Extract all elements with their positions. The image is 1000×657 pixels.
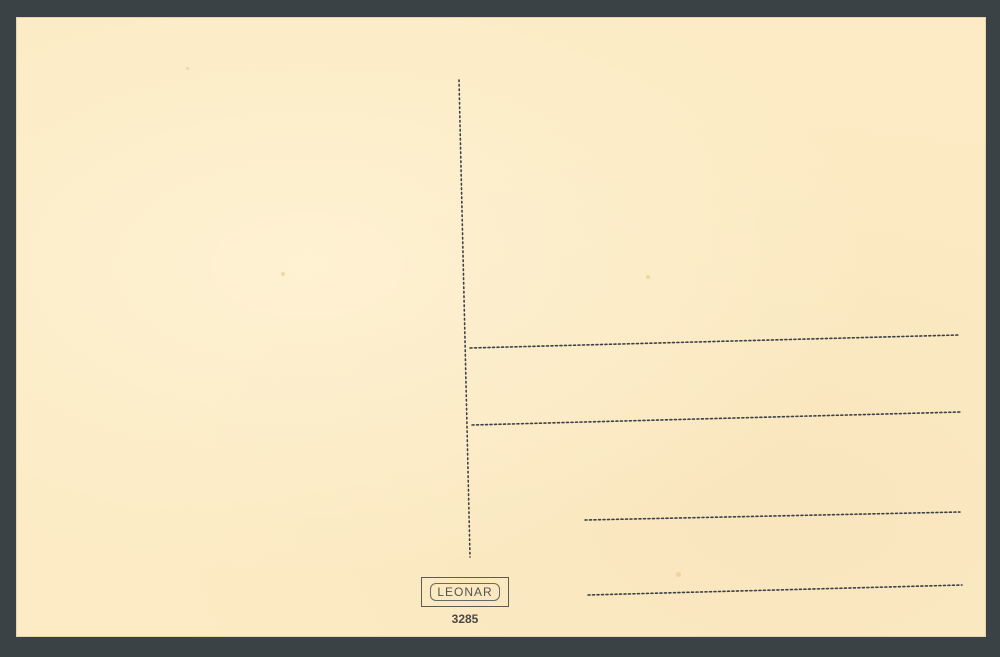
card-number: 3285: [440, 612, 490, 626]
center-divider-line: [459, 80, 470, 557]
postcard-rulings: [0, 0, 1000, 657]
address-line-4: [588, 585, 962, 595]
publisher-stamp: LEONAR: [421, 577, 509, 607]
address-line-2: [472, 412, 960, 425]
publisher-name: LEONAR: [430, 583, 499, 601]
address-line-3: [585, 512, 960, 520]
address-line-1: [470, 335, 958, 348]
